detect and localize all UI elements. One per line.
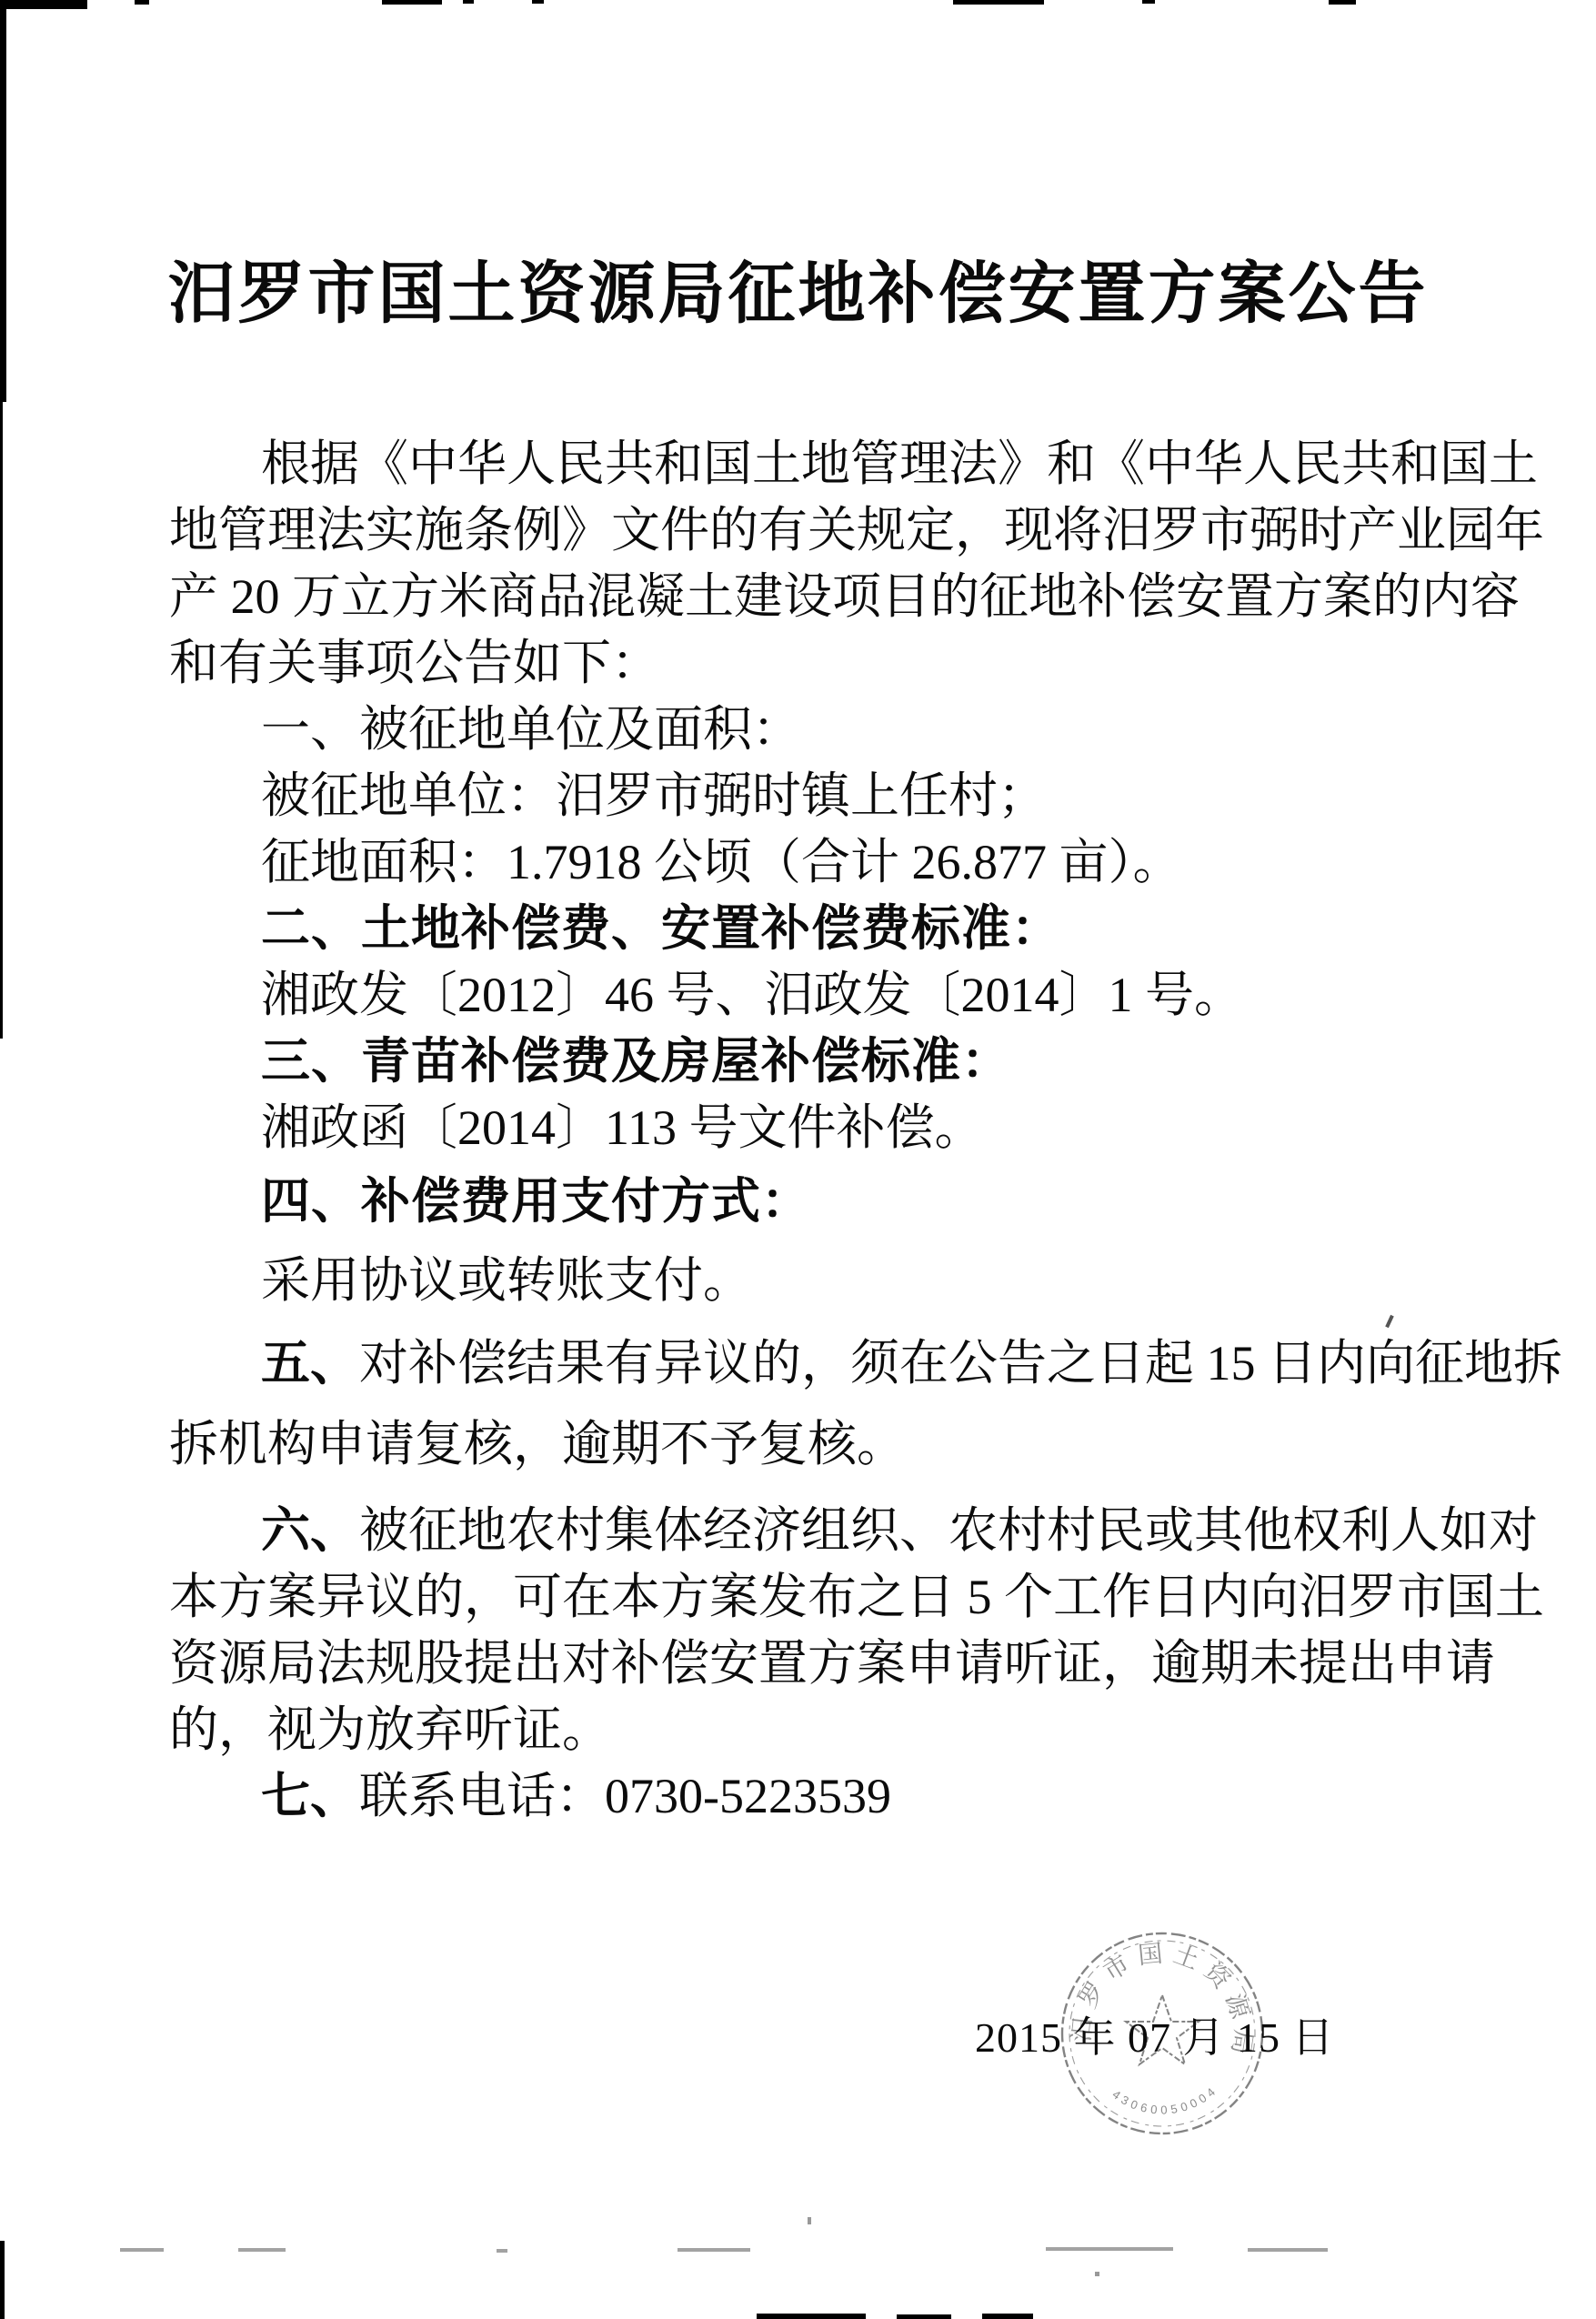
text-line: 六、被征地农村集体经济组织、农村村民或其他权利人如对 (169, 1498, 1596, 1564)
scanned-document-page: { "document": { "title": "汨罗市国土资源局征地补偿安置… (0, 0, 1596, 2319)
text-line: 地管理法实施条例》文件的有关规定，现将汨罗市弼时产业园年 (169, 497, 1596, 564)
text-line: 和有关事项公告如下： (169, 630, 1596, 697)
text-line: 湘政函〔2014〕113 号文件补偿。 (169, 1095, 1596, 1161)
scan-artifact (120, 2248, 164, 2252)
scan-artifact (532, 0, 544, 4)
scan-artifact (0, 0, 6, 402)
scan-artifact (238, 2248, 286, 2252)
text-line: 五、对补偿结果有异议的，须在公告之日起 15 日内向征地拆 (169, 1330, 1596, 1397)
section-number: 七、 (261, 1769, 359, 1823)
text-line: 七、联系电话：0730-5223539 (169, 1763, 1596, 1830)
document-page: 汨罗市国土资源局征地补偿安置方案公告 根据《中华人民共和国土地管理法》和《中华人… (0, 0, 1596, 2319)
scan-artifact (1329, 0, 1356, 5)
section-text: 被征地农村集体经济组织、农村村民或其他权利人如对 (359, 1503, 1538, 1558)
text-line: 的，视为放弃听证。 (169, 1697, 1596, 1763)
text-line: 资源局法规股提出对补偿安置方案申请听证，逾期未提出申请 (169, 1631, 1596, 1697)
scan-artifact (982, 2314, 1033, 2319)
scan-artifact (897, 2314, 951, 2319)
document-body: 根据《中华人民共和国土地管理法》和《中华人民共和国土地管理法实施条例》文件的有关… (0, 431, 1596, 1830)
scan-artifact (497, 2249, 507, 2253)
scan-artifact (1095, 2272, 1099, 2276)
scan-artifact (0, 402, 3, 1039)
text-line: 三、青苗补偿费及房屋补偿标准： (169, 1029, 1596, 1095)
text-line: 湘政发〔2012〕46 号、汨政发〔2014〕1 号。 (169, 962, 1596, 1029)
scan-artifact (1248, 2248, 1328, 2252)
scan-artifact (135, 0, 149, 5)
text-line: 产 20 万立方米商品混凝土建设项目的征地补偿安置方案的内容 (169, 564, 1596, 630)
section-text: 对补偿结果有异议的，须在公告之日起 15 日内向征地拆 (359, 1336, 1562, 1390)
scan-artifact (1142, 0, 1155, 4)
section-number: 六、 (261, 1503, 359, 1558)
scan-artifact (953, 0, 1044, 5)
scan-artifact (1398, 460, 1403, 466)
text-line: 本方案异议的，可在本方案发布之日 5 个工作日内向汨罗市国土 (169, 1564, 1596, 1631)
scan-artifact (1046, 2247, 1173, 2251)
section-text: 联系电话：0730-5223539 (359, 1769, 891, 1823)
scan-artifact (463, 0, 474, 4)
text-line: 一、被征地单位及面积： (169, 697, 1596, 763)
text-line: 采用协议或转账支付。 (169, 1248, 1596, 1314)
text-line: 征地面积：1.7918 公顷（合计 26.877 亩）。 (169, 829, 1596, 896)
text-line: 二、土地补偿费、安置补偿费标准： (169, 896, 1596, 962)
text-line: 四、补偿费用支付方式： (169, 1169, 1596, 1235)
scan-artifact (382, 0, 442, 5)
text-line: 被征地单位：汨罗市弼时镇上任村； (169, 763, 1596, 829)
scan-artifact (757, 2314, 866, 2319)
text-line: 拆机构申请复核，逾期不予复核。 (169, 1411, 1596, 1478)
scan-artifact (678, 2248, 750, 2252)
document-title: 汨罗市国土资源局征地补偿安置方案公告 (0, 0, 1596, 336)
text-line: 根据《中华人民共和国土地管理法》和《中华人民共和国土 (169, 431, 1596, 497)
scan-artifact (0, 0, 87, 9)
document-date: 2015 年 07 月 15 日 (975, 2004, 1335, 2064)
scan-artifact (0, 2241, 5, 2319)
section-number: 五、 (261, 1336, 359, 1390)
scan-artifact (808, 2217, 811, 2224)
